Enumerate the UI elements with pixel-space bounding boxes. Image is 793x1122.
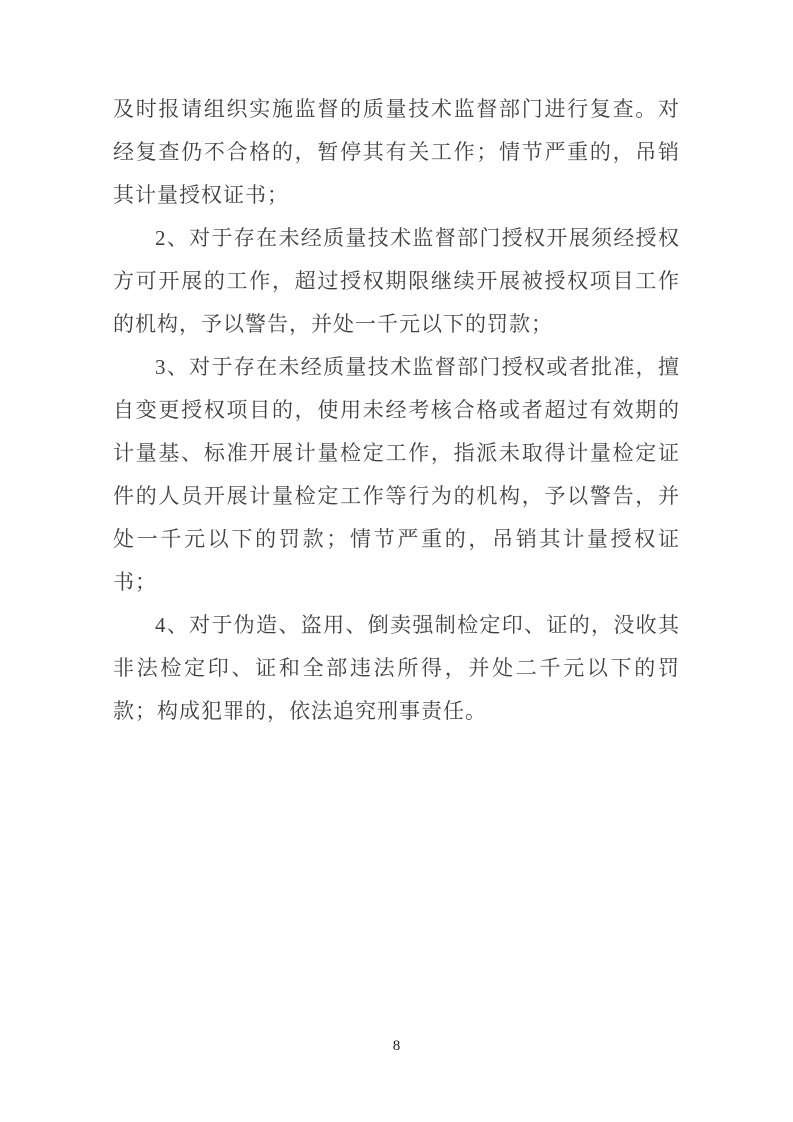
- paragraph: 4、对于伪造、盗用、倒卖强制检定印、证的，没收其非法检定印、证和全部违法所得，并…: [113, 604, 680, 733]
- paragraph: 3、对于存在未经质量技术监督部门授权或者批准，擅自变更授权项目的，使用未经考核合…: [113, 346, 680, 604]
- page-footer: 8: [0, 1036, 793, 1056]
- page-number: 8: [393, 1038, 401, 1054]
- document-body: 及时报请组织实施监督的质量技术监督部门进行复查。对经复查仍不合格的，暂停其有关工…: [113, 88, 680, 733]
- paragraph: 及时报请组织实施监督的质量技术监督部门进行复查。对经复查仍不合格的，暂停其有关工…: [113, 88, 680, 217]
- paragraph: 2、对于存在未经质量技术监督部门授权开展须经授权方可开展的工作，超过授权期限继续…: [113, 217, 680, 346]
- document-page: 及时报请组织实施监督的质量技术监督部门进行复查。对经复查仍不合格的，暂停其有关工…: [0, 0, 793, 1122]
